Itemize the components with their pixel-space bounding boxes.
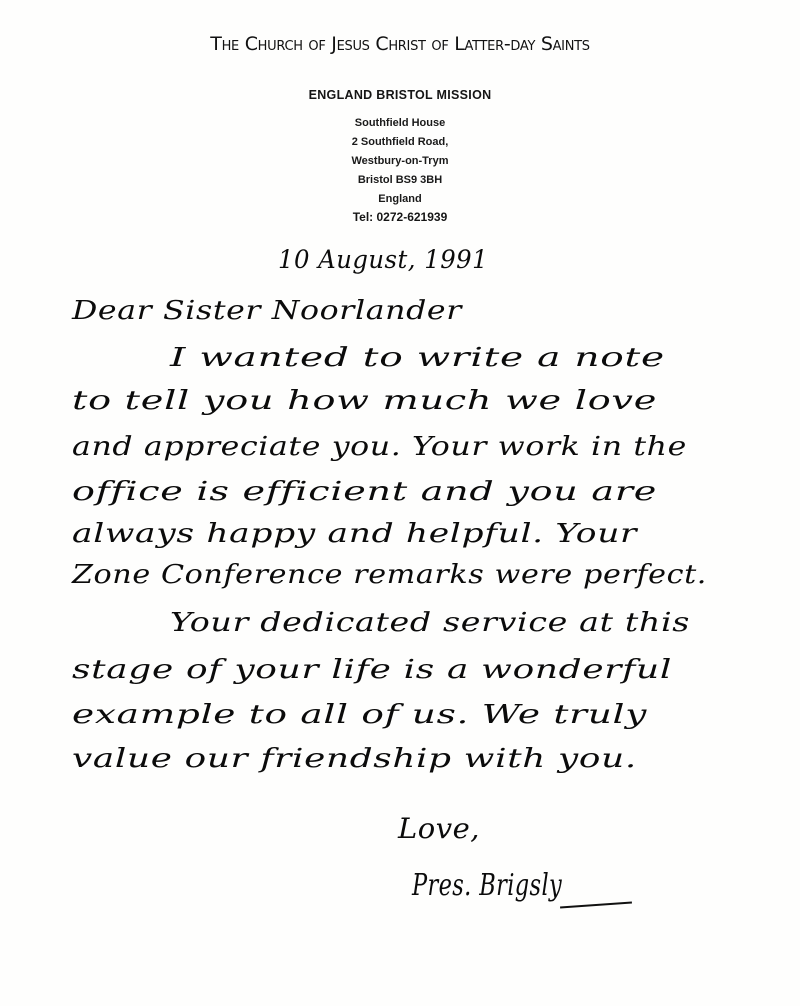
letter-closing: Love, [398, 812, 480, 845]
organization-name: The Church of Jesus Christ of Latter-day… [0, 33, 800, 55]
body-line: always happy and helpful. Your [72, 519, 637, 549]
signature: Pres. Brigsly [412, 868, 562, 903]
body-line: and appreciate you. Your work in the [72, 432, 687, 462]
mission-name: ENGLAND BRISTOL MISSION [0, 88, 800, 102]
body-line: value our friendship with you. [72, 744, 637, 774]
salutation: Dear Sister Noorlander [72, 296, 462, 326]
phone-number: Tel: 0272-621939 [0, 210, 800, 224]
body-line: Your dedicated service at this [170, 608, 690, 638]
body-line: I wanted to write a note [170, 343, 665, 373]
address-line: England [0, 190, 800, 209]
letter-date: 10 August, 1991 [278, 245, 488, 274]
body-line: to tell you how much we love [72, 386, 657, 416]
body-line: office is efficient and you are [72, 477, 657, 507]
address-line: 2 Southfield Road, [0, 133, 800, 152]
signature-flourish [560, 901, 632, 908]
address-line: Westbury-on-Trym [0, 152, 800, 171]
body-line: Zone Conference remarks were perfect. [72, 560, 707, 590]
address-line: Southfield House [0, 114, 800, 133]
body-line: example to all of us. We truly [72, 700, 647, 730]
body-line: stage of your life is a wonderful [72, 655, 672, 685]
address-line: Bristol BS9 3BH [0, 171, 800, 190]
mission-address: Southfield House 2 Southfield Road, West… [0, 114, 800, 209]
